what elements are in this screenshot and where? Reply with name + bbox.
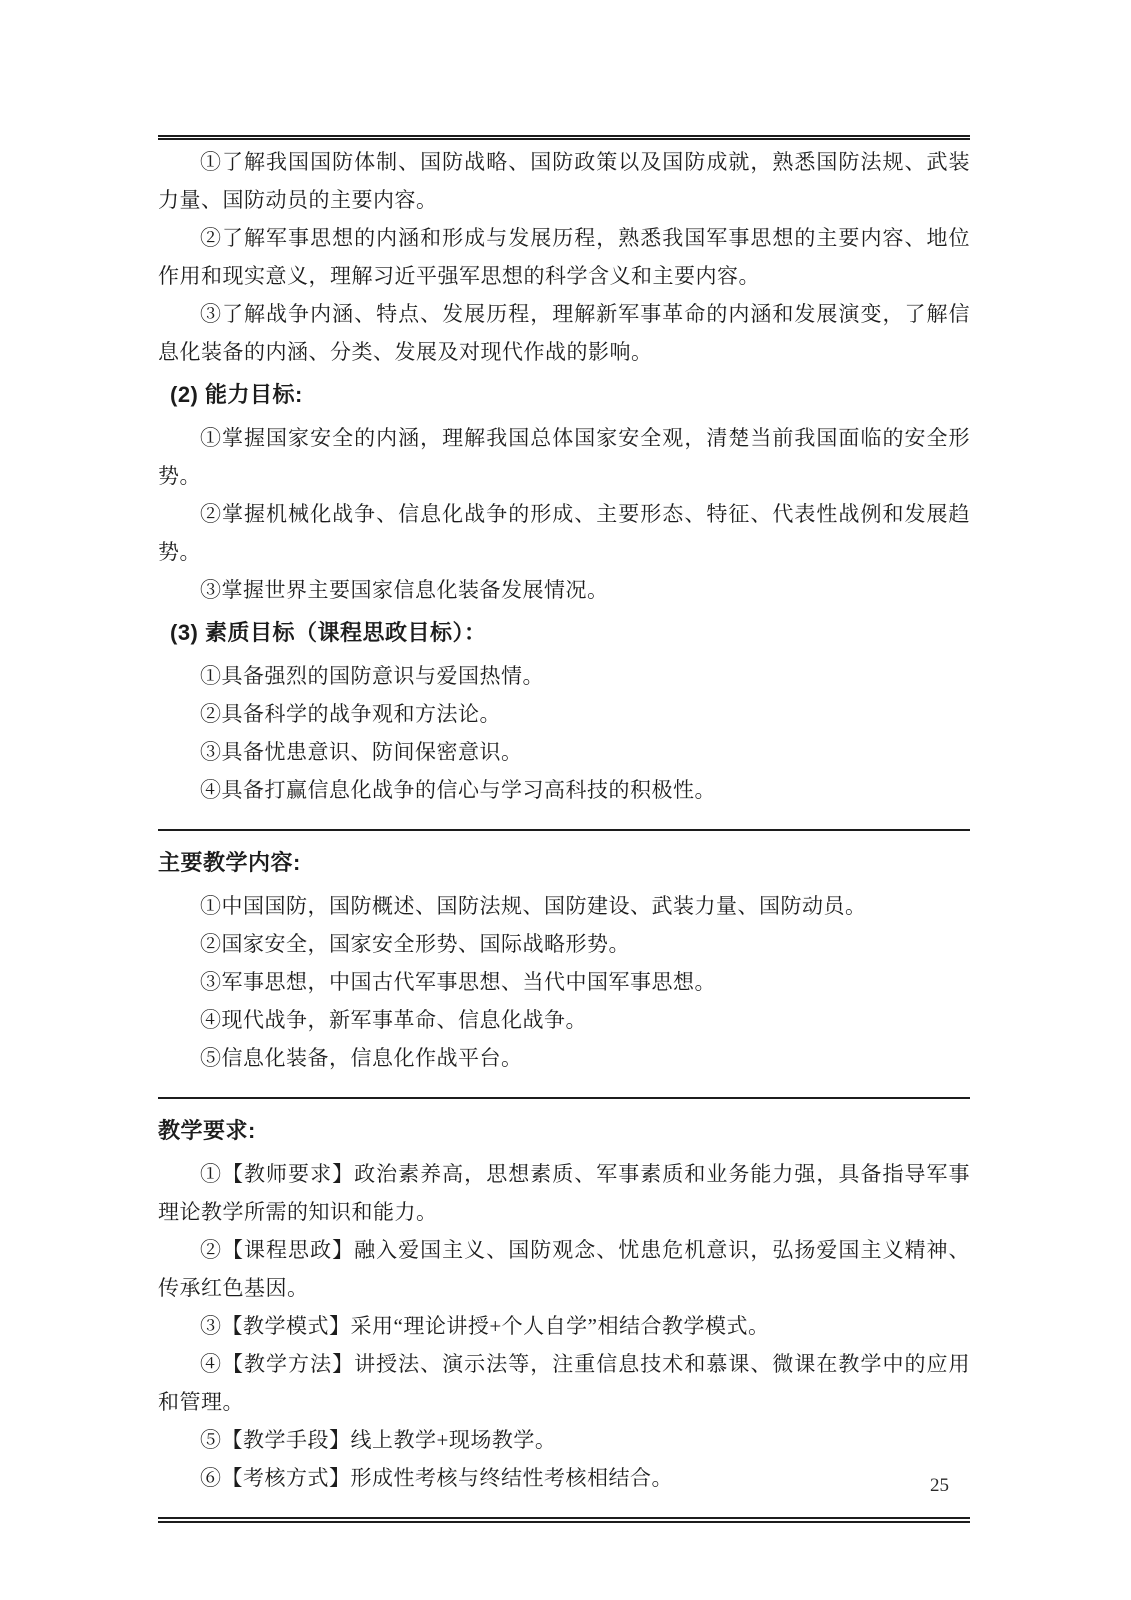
teaching-requirement-item: ⑥【考核方式】形成性考核与终结性考核相结合。 [158, 1459, 970, 1497]
syllabus-table: ①了解我国国防体制、国防战略、国防政策以及国防成就，熟悉国防法规、武装力量、国防… [158, 135, 970, 1523]
section-teaching-content: 主要教学内容: ①中国国防，国防概述、国防法规、国防建设、武装力量、国防动员。 … [158, 829, 970, 1097]
section-teaching-requirements: 教学要求: ①【教师要求】政治素养高，思想素质、军事素质和业务能力强，具备指导军… [158, 1097, 970, 1517]
document-sheet: ①了解我国国防体制、国防战略、国防政策以及国防成就，熟悉国防法规、武装力量、国防… [158, 135, 970, 1523]
quality-objective-item: ③具备忧患意识、防间保密意识。 [158, 733, 970, 771]
teaching-requirement-item: ⑤【教学手段】线上教学+现场教学。 [158, 1421, 970, 1459]
quality-objective-item: ①具备强烈的国防意识与爱国热情。 [158, 657, 970, 695]
page-number: 25 [930, 1474, 949, 1498]
knowledge-objective-item: ③了解战争内涵、特点、发展历程，理解新军事革命的内涵和发展演变，了解信息化装备的… [158, 295, 970, 371]
ability-objectives-heading: (2) 能力目标: [158, 376, 970, 414]
quality-objective-item: ②具备科学的战争观和方法论。 [158, 695, 970, 733]
teaching-content-item: ④现代战争，新军事革命、信息化战争。 [158, 1001, 970, 1039]
teaching-requirement-item: ④【教学方法】讲授法、演示法等，注重信息技术和慕课、微课在教学中的应用和管理。 [158, 1345, 970, 1421]
teaching-content-item: ①中国国防，国防概述、国防法规、国防建设、武装力量、国防动员。 [158, 887, 970, 925]
knowledge-objective-item: ①了解我国国防体制、国防战略、国防政策以及国防成就，熟悉国防法规、武装力量、国防… [158, 143, 970, 219]
ability-objective-item: ③掌握世界主要国家信息化装备发展情况。 [158, 571, 970, 609]
teaching-content-item: ⑤信息化装备，信息化作战平台。 [158, 1039, 970, 1077]
ability-objective-item: ①掌握国家安全的内涵，理解我国总体国家安全观，清楚当前我国面临的安全形势。 [158, 419, 970, 495]
quality-objectives-heading: (3) 素质目标（课程思政目标）： [158, 614, 970, 652]
teaching-requirement-item: ③【教学模式】采用“理论讲授+个人自学”相结合教学模式。 [158, 1307, 970, 1345]
quality-objective-item: ④具备打赢信息化战争的信心与学习高科技的积极性。 [158, 771, 970, 809]
teaching-requirement-item: ①【教师要求】政治素养高，思想素质、军事素质和业务能力强，具备指导军事理论教学所… [158, 1155, 970, 1231]
ability-objective-item: ②掌握机械化战争、信息化战争的形成、主要形态、特征、代表性战例和发展趋势。 [158, 495, 970, 571]
teaching-requirement-item: ②【课程思政】融入爱国主义、国防观念、忧患危机意识，弘扬爱国主义精神、传承红色基… [158, 1231, 970, 1307]
knowledge-objective-item: ②了解军事思想的内涵和形成与发展历程，熟悉我国军事思想的主要内容、地位作用和现实… [158, 219, 970, 295]
teaching-content-item: ②国家安全，国家安全形势、国际战略形势。 [158, 925, 970, 963]
teaching-content-item: ③军事思想，中国古代军事思想、当代中国军事思想。 [158, 963, 970, 1001]
teaching-content-heading: 主要教学内容: [158, 844, 970, 882]
section-course-objectives: ①了解我国国防体制、国防战略、国防政策以及国防成就，熟悉国防法规、武装力量、国防… [158, 140, 970, 829]
teaching-requirements-heading: 教学要求: [158, 1112, 970, 1150]
